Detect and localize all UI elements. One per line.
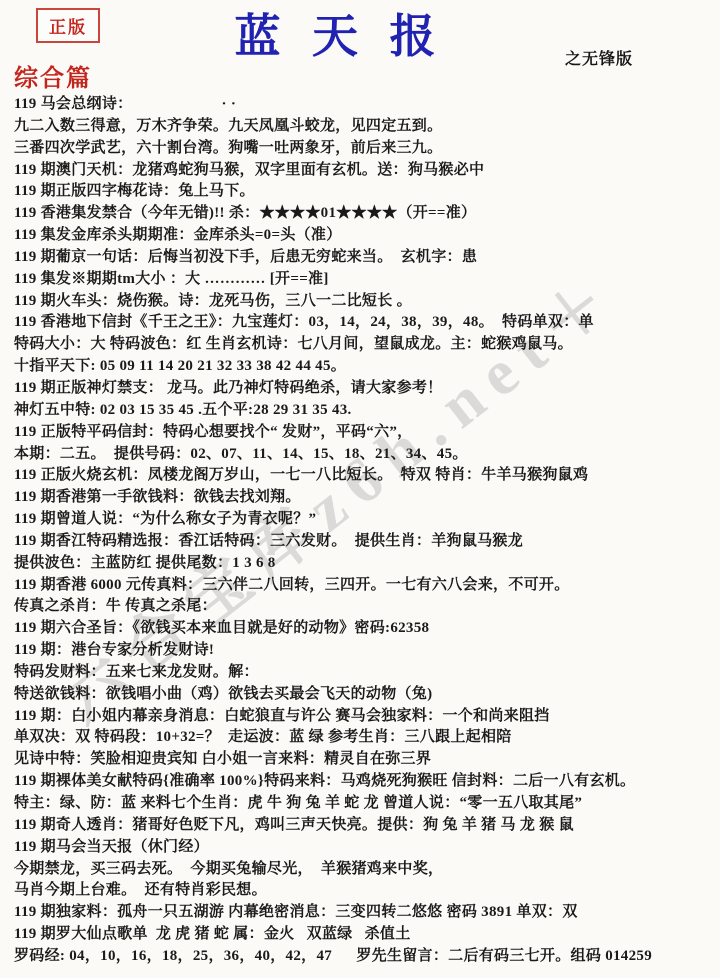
report-line: 特码大小：大 特码波色：红 生肖玄机诗：七八月间，望鼠成龙。主：蛇猴鸡鼠马。: [14, 334, 720, 356]
report-line: 特送欲钱料：欲钱唱小曲（鸡）欲钱去买最会飞天的动物（兔): [14, 684, 720, 706]
report-line: 119 期独家料：孤舟一只五湖游 内幕绝密消息：三变四转二悠悠 密码 3891 …: [14, 902, 720, 924]
report-line: 119 期正版四字梅花诗：兔上马下。: [14, 181, 720, 203]
report-line: 119 期：白小姐内幕亲身消息：白蛇狼直与许公 赛马会独家料：一个和尚来阻挡: [14, 706, 720, 728]
edition-subtitle: 之无锋版: [565, 46, 633, 69]
report-line: 十指平天下: 05 09 11 14 20 21 32 33 38 42 44 …: [14, 356, 720, 378]
report-lines: 119 马会总纲诗： · ·九二入数三得意，万木齐争荣。九天凤凰斗蛟龙，见四定五…: [14, 94, 720, 968]
report-line: 119 香港地下信封《千王之王》：九宝莲灯：03，14，24，38，39，48。…: [14, 312, 720, 334]
report-line: 119 期：港台专家分析发财诗!: [14, 640, 720, 662]
report-line: 119 正版火烧玄机：凤楼龙阁万岁山，一七一八比短长。 特双 特肖：牛羊马猴狗鼠…: [14, 465, 720, 487]
report-line: 本期：二五。 提供号码：02、07、11、14、15、18、21、34、45。: [14, 444, 720, 466]
report-line: 119 期火车头：烧伤猴。诗：龙死马伤，三八一二比短长 。: [14, 291, 720, 313]
newspaper-page: 六合宝库z6h.net＋ 正版 蓝 天 报 之无锋版 综合篇 119 马会总纲诗…: [0, 0, 720, 978]
report-line: 119 正版特平码信封：特码心想要找个“ 发财”，平码“六”，: [14, 422, 720, 444]
report-line: 119 期葡京一句话：后悔当初没下手，后患无穷蛇来当。 玄机字：患: [14, 247, 720, 269]
report-line: 119 期正版神灯禁支： 龙马。此乃神灯特码绝杀，请大家参考！: [14, 378, 720, 400]
report-line: 提供波色：主蓝防红 提供尾数：1 3 6 8: [14, 553, 720, 575]
report-line: 119 期香江特码精选报：香江话特码：三六发财。 提供生肖：羊狗鼠马猴龙: [14, 531, 720, 553]
report-line: 九二入数三得意，万木齐争荣。九天凤凰斗蛟龙，见四定五到。: [14, 116, 720, 138]
report-line: 神灯五中特: 02 03 15 35 45 .五个平:28 29 31 35 4…: [14, 400, 720, 422]
report-line: 119 期奇人透肖：猪哥好色贬下凡，鸡叫三声天快亮。提供：狗 兔 羊 猪 马 龙…: [14, 815, 720, 837]
report-line: 119 香港集发禁合（今年无错)!! 杀：★★★★01★★★★（开==准）: [14, 203, 720, 225]
report-line: 119 期六合圣旨：《欲钱买本来血目就是好的动物》密码:62358: [14, 618, 720, 640]
report-line: 单双决：双 特码段：10+32=？ 走运波：蓝 绿 参考生肖：三八跟上起相陪: [14, 727, 720, 749]
report-line: 传真之杀肖：牛 传真之杀尾：: [14, 596, 720, 618]
report-line: 三番四次学武艺，六十割台湾。狗嘴一吐两象牙，前后来三九。: [14, 138, 720, 160]
report-line: 特码发财料：五来七来龙发财。解：: [14, 662, 720, 684]
report-line: 119 期马会当天报（休门经）: [14, 837, 720, 859]
report-line: 119 集发※期期tm大小 ：大 ………… [开==准]: [14, 269, 720, 291]
report-line: 119 期香港 6000 元传真料：三六伴二八回转，三四开。一七有六八会来，不可…: [14, 575, 720, 597]
report-line: 119 期裸体美女献特码{准确率 100%}特码来料：马鸡烧死狗猴旺 信封料：二…: [14, 771, 720, 793]
report-line: 119 马会总纲诗： · ·: [14, 94, 720, 116]
report-line: 特主：绿、防：蓝 来料七个生肖：虎 牛 狗 兔 羊 蛇 龙 曾道人说：“零一五八…: [14, 793, 720, 815]
report-line: 见诗中特：笑脸相迎贵宾知 白小姐一言来料：精灵自在弥三界: [14, 749, 720, 771]
section-heading: 综合篇: [14, 58, 92, 93]
report-line: 罗码经: 04，10，16，18，25，36，40，42，47 罗先生留言：二后…: [14, 946, 720, 968]
report-line: 119 期罗大仙点歌单 龙 虎 猪 蛇 属：金火 双蓝绿 杀值土: [14, 924, 720, 946]
report-line: 119 期澳门天机：龙猪鸡蛇狗马猴，双字里面有玄机。送：狗马猴必中: [14, 160, 720, 182]
report-line: 119 期香港第一手欲钱料：欲钱去找刘翔。: [14, 487, 720, 509]
report-line: 马肖今期上台难。 还有特肖彩民想。: [14, 880, 720, 902]
report-line: 今期禁龙，买三码去死。 今期买兔输尽光， 羊猴猪鸡来中奖，: [14, 859, 720, 881]
report-line: 119 集发金库杀头期期准：金库杀头=0=头（准）: [14, 225, 720, 247]
report-line: 119 期曾道人说：“为什么称女子为青衣呢？”: [14, 509, 720, 531]
